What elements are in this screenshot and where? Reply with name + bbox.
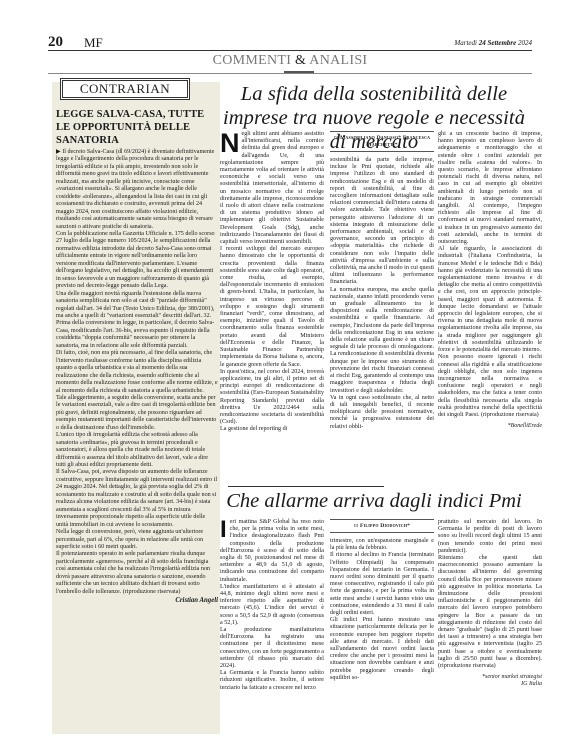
article2-headline: Che allarme arriva dagli indici Pmi [214,488,534,514]
column-label: CONTRARIAN [62,80,188,98]
article2-footnote-org: IG Italia [438,681,542,688]
sidebar-paragraph: Tale alleggerimento, a seguito della con… [56,395,218,432]
masthead: 20 MF Martedì 24 Settembre 2024 [48,34,532,51]
contrarian-sidebar: CONTRARIAN Legge Salva-Casa, tutte le op… [52,82,220,734]
article2-footnote-role: *senior market strategist [438,674,542,681]
article2-paragraph: La Germania e la Francia hanno subìto ri… [220,670,324,692]
article2-paragraph: Gli indici Pmi hanno mostrato una situaz… [330,617,434,682]
article1-paragraph: Non possono essere ignorati i rischi con… [438,354,542,419]
section-header: COMMENTI & ANALISI [48,50,532,74]
article2-column-2: di Filippo Diodovich* trimestre, con un'… [330,519,434,682]
sidebar-paragraph: Una delle maggiori novità riguarda l'est… [56,291,218,321]
sidebar-paragraph: Di fatto, cioè, non era più necessario, … [56,350,218,395]
article2-byline: di Filippo Diodovich* [330,519,434,533]
sidebar-paragraph: Con la pubblicazione nella Gazzetta Uffi… [56,231,218,291]
sidebar-paragraph: Nella legge di conversione, però, viene … [56,529,218,551]
article1-paragraph: Va in ogni caso sottolineato che, al net… [330,395,434,431]
article2-paragraph: Il ritorno al declino in Francia (termin… [330,552,434,617]
sidebar-paragraph: ▶ Il decreto Salva-Casa (dl 69/2024) è d… [56,149,218,231]
section-ampersand: & [295,53,306,68]
article2-paragraph: eri mattina S&P Global ha reso noto che,… [220,519,324,584]
section-underline [284,71,314,73]
section-label-right: ANALISI [309,53,367,68]
sidebar-body: ▶ Il decreto Salva-Casa (dl 69/2024) è d… [56,149,218,605]
article1-byline: di Massimiliano Danusso* Francesca March… [330,131,434,152]
article1-paragraph: In quest'ottica, nel corso del 2024, tro… [220,369,324,427]
article1-paragraph: ghi a un crescente bacino di imprese, ha… [438,131,542,246]
article2-author: Filippo Diodovich* [360,523,410,529]
article2-paragraph: prattutto sul mercato del lavoro. In Ger… [438,519,542,555]
article2-paragraph: La produzione manifatturiera dell'Eurozo… [220,627,324,670]
sidebar-headline: Legge Salva-Casa, tutte le opportunità d… [56,108,216,147]
sidebar-author: Cristian Angeli [56,597,218,604]
article1-dropcap: N [220,131,240,154]
sidebar-paragraph: Il potenziamento operato in sede parlame… [56,551,218,596]
issue-date: Martedì 24 Settembre 2024 [454,38,532,48]
article2-paragraph: trimestre, con un'espansione marginale e… [330,538,434,552]
page-number: 20 [48,34,63,50]
article2-column-3: prattutto sul mercato del lavoro. In Ger… [438,519,542,689]
sidebar-paragraph: Il Salva-Casa, poi, aveva disposto un au… [56,469,218,529]
article2-dropcap: I [220,519,227,541]
article1-paragraph: I recenti sviluppi del mercato europeo h… [220,246,324,368]
article1-paragraph: La gestione del reporting di [220,426,324,433]
article1-paragraph: La normativa europea, ma anche quella na… [330,287,434,395]
article1-authors: Massimiliano Danusso* Francesca Marchett… [340,135,430,148]
article2-column-1: I eri mattina S&P Global ha reso noto ch… [220,519,324,692]
sidebar-paragraph: Prima della conversione in legge, in par… [56,320,218,350]
article1-paragraph: sostenibilità da parte delle imprese, in… [330,157,434,287]
publication-name: MF [84,35,103,50]
article2-paragraph: Riteniamo che questi dati macroeconomici… [438,555,542,670]
article1-paragraph: Al tale riguardo, le associazioni di ind… [438,246,542,354]
article-divider [228,486,384,487]
article1-column-1: N egli ultimi anni abbiamo assistito all… [220,131,324,434]
article1-column-3: ghi a un crescente bacino di imprese, ha… [438,131,542,430]
article1-column-2: di Massimiliano Danusso* Francesca March… [330,131,434,431]
article1-footnote: *BonelliErede [438,423,542,430]
sidebar-paragraph: L'unico tipo di irregolarità edilizia ch… [56,432,218,469]
section-label-left: COMMENTI [213,53,292,68]
article2-paragraph: L'indice manifatturiero si è attestato a… [220,584,324,627]
